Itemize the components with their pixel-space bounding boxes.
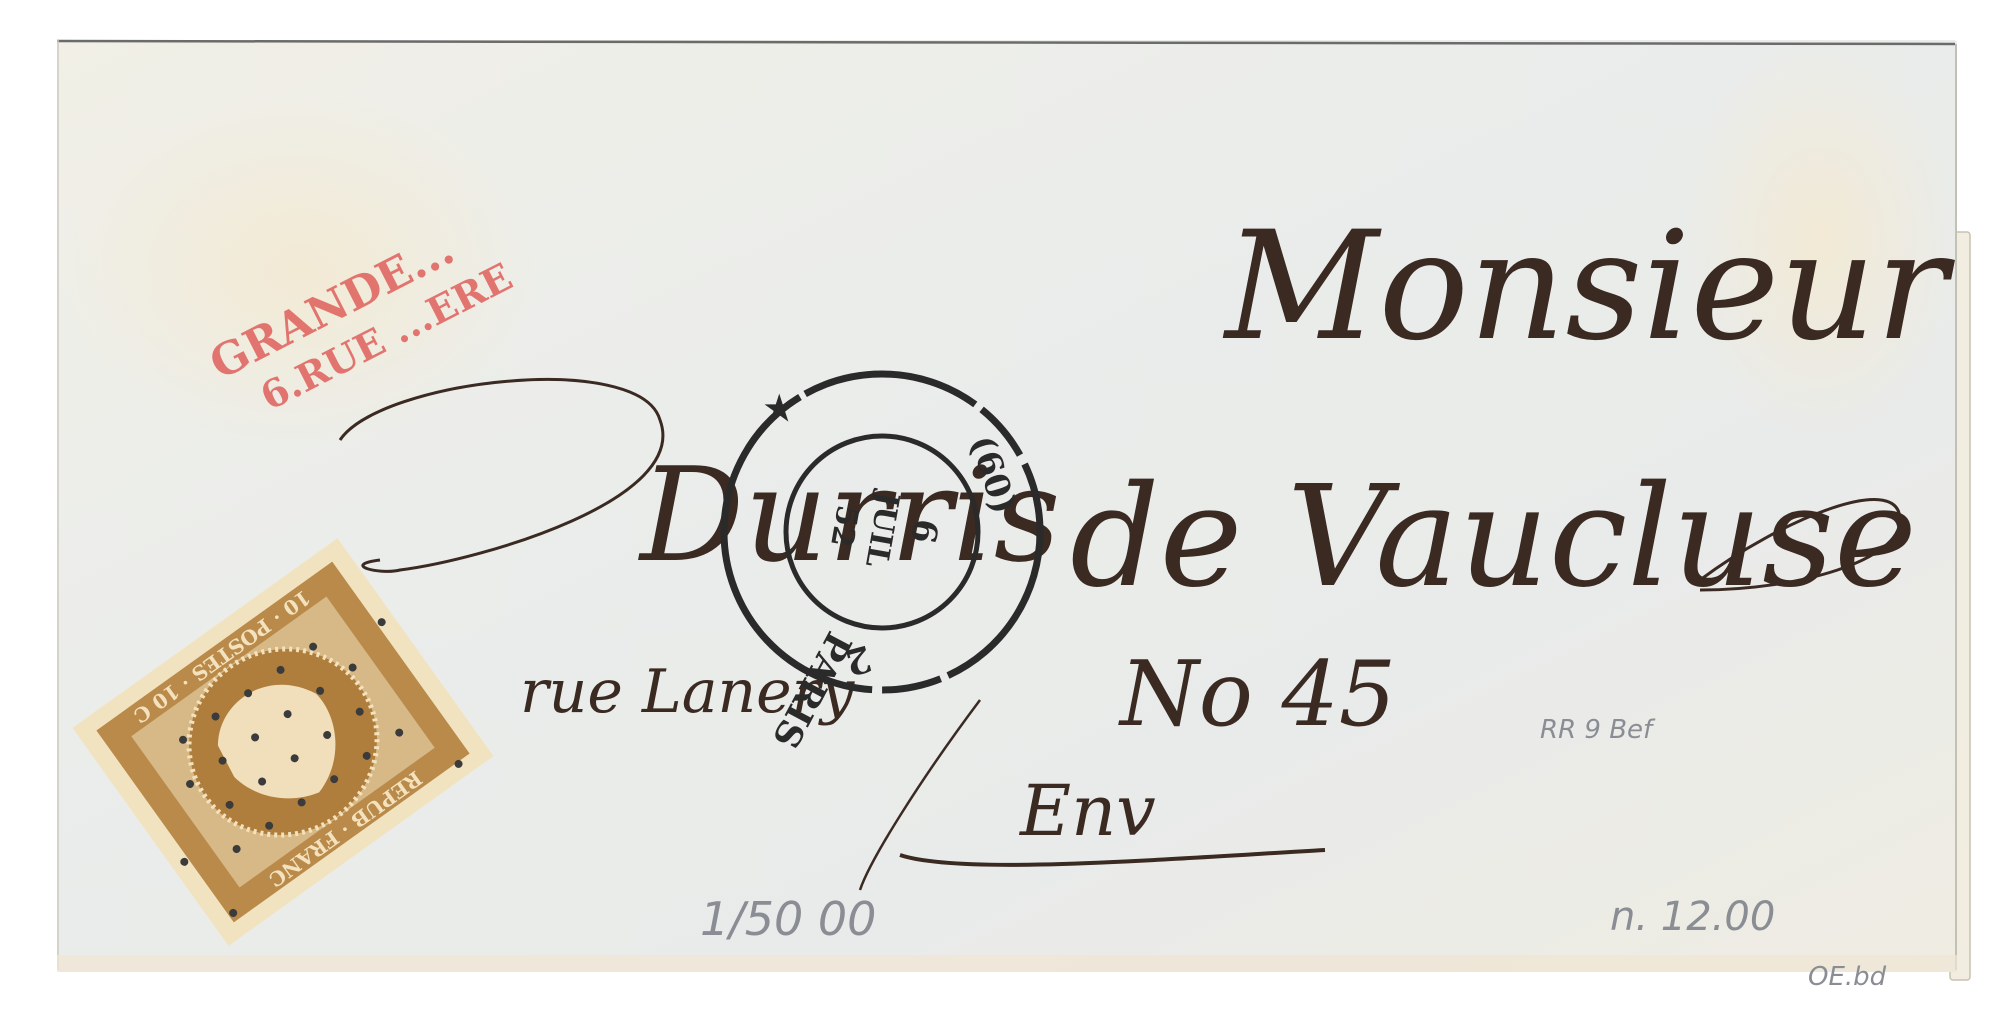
postmark-star: ★ xyxy=(764,389,794,429)
pencil-catalog: n. 12.00 xyxy=(1610,894,1775,940)
address-line-1: Monsieur xyxy=(1222,200,1956,374)
address-line-2-place: de Vaucluse xyxy=(1070,456,1917,619)
cover-scan: GRANDE... 6.RUE ...ERE Monsieur Durris d… xyxy=(0,0,2000,1028)
pencil-price: 1/50 00 xyxy=(700,892,876,946)
postmark-year: 52 xyxy=(823,503,865,550)
address-line-4: Env xyxy=(1018,770,1156,852)
pencil-grade: RR 9 Bef xyxy=(1540,715,1656,745)
address-line-3-number: No 45 xyxy=(1118,642,1396,747)
pencil-corner-mark: OE.bd xyxy=(1808,962,1887,992)
